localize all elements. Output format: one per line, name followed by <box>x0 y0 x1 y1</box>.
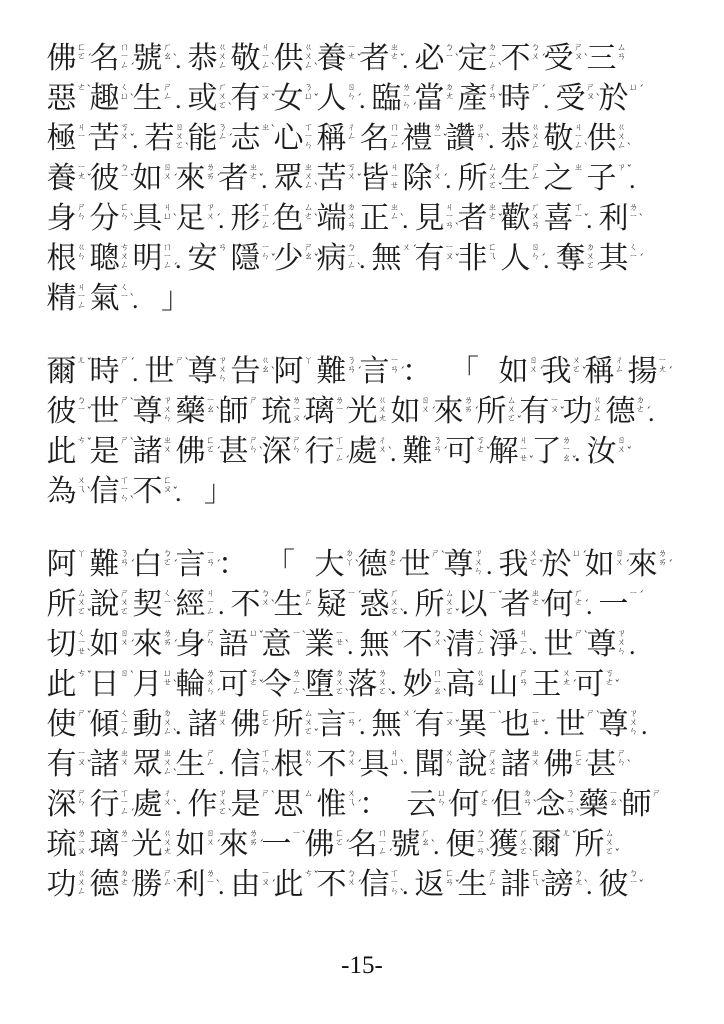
zhuyin-annotation: ㄏㄜˊ <box>574 590 583 608</box>
tone-mark: ˊ <box>130 560 136 570</box>
hanzi: 人 <box>316 80 347 117</box>
zhuyin-annotation: ㄈㄟ <box>488 244 497 262</box>
zhuyin-annotation: ㄋㄩˇ <box>304 84 313 102</box>
tone-mark: ˋ <box>431 840 437 850</box>
zhuyin-annotation: ㄉㄜˊ <box>636 397 645 415</box>
zhuyin-letter: ㄣ <box>445 759 454 768</box>
hanzi: 了 <box>531 433 562 470</box>
hanzi-with-zhuyin: 作ㄗㄨㄛˋ <box>187 786 230 826</box>
tone-mark: ˇ <box>455 720 461 730</box>
zhuyin-letter: ㄣ <box>347 93 356 102</box>
hanzi-with-zhuyin: 生ㄕㄥ <box>500 160 543 200</box>
zhuyin-letter: ㄕ <box>574 630 583 639</box>
zhuyin-annotation: ㄌㄧˋ <box>629 204 638 222</box>
hanzi: 我 <box>498 546 529 583</box>
hanzi: 臨 <box>371 80 402 117</box>
hanzi: 輪 <box>175 666 206 703</box>
zhuyin-letter: ㄨ <box>617 446 626 455</box>
zhuyin-annotation: ㄧˋ <box>488 710 497 719</box>
hanzi-with-zhuyin: 不ㄅㄨˊ <box>316 866 359 906</box>
zhuyin-letter: ㄧ <box>120 293 129 302</box>
hanzi-with-zhuyin: 受ㄕㄡˋ <box>555 80 598 120</box>
zhuyin-annotation: ㄌㄧㄣˊ <box>402 84 411 111</box>
hanzi-with-zhuyin: 端ㄉㄨㄢ <box>316 200 359 240</box>
hanzi: 妙 <box>402 666 433 703</box>
zhuyin-annotation: ㄖㄨˊ <box>529 357 538 375</box>
hanzi-with-zhuyin: 勝ㄕㄥˋ <box>132 866 175 906</box>
zhuyin-letter: ㄩ <box>304 93 313 102</box>
hanzi: 不 <box>230 586 261 623</box>
hanzi-with-zhuyin: 色ㄙㄜˋ <box>273 200 316 240</box>
hanzi: 所 <box>273 706 304 743</box>
hanzi: 眾 <box>273 160 304 197</box>
tone-mark: ˊ <box>173 560 179 570</box>
hanzi: 世 <box>400 546 431 583</box>
hanzi: 藥 <box>578 786 609 823</box>
hanzi-with-zhuyin: 不ㄅㄨˋ <box>402 626 445 666</box>
zhuyin-annotation: ㄌㄞˊ <box>249 830 258 848</box>
zhuyin-annotation: ㄙㄨㄛˇ <box>488 164 497 191</box>
zhuyin-letter: ㄘ <box>77 670 86 679</box>
tone-mark: ˋ <box>271 63 277 73</box>
zhuyin-annotation: ㄧㄤˊ <box>658 357 667 375</box>
zhuyin-letter: ㄧ <box>120 839 129 848</box>
hanzi: 有 <box>230 80 261 117</box>
tone-mark: ˊ <box>216 689 222 699</box>
zhuyin-annotation: ㄒㄧㄥˊ <box>335 437 344 464</box>
hanzi: 養 <box>316 40 347 77</box>
tone-mark: ˊ <box>596 263 602 273</box>
hanzi-with-zhuyin: 必ㄅㄧˋ <box>414 40 457 80</box>
zhuyin-letter: ㄠ <box>304 253 313 262</box>
zhuyin-annotation: ㄅㄧˋ <box>445 44 454 62</box>
zhuyin-annotation: ㄖㄨˊ <box>206 830 215 848</box>
zhuyin-annotation: ㄕㄢ <box>519 670 528 688</box>
hanzi: 見 <box>414 200 445 237</box>
hanzi: 供 <box>586 120 617 157</box>
zhuyin-annotation: ㄙㄨㄛˇ <box>605 830 614 857</box>
zhuyin-annotation: ㄙㄜˋ <box>304 204 313 222</box>
hanzi: 生 <box>500 160 531 197</box>
hanzi: 可 <box>574 666 605 703</box>
zhuyin-letter: ㄣ <box>249 446 258 455</box>
zhuyin-annotation: ㄐㄧㄥˋ <box>261 44 270 71</box>
hanzi: 為 <box>46 473 77 510</box>
zhuyin-annotation: ㄕㄥ <box>488 870 497 888</box>
hanzi-with-zhuyin: 藥ㄧㄠˋ <box>578 786 621 826</box>
hanzi: 根 <box>46 240 77 277</box>
tone-mark: ˋ <box>130 496 136 506</box>
hanzi: 必 <box>414 40 445 77</box>
zhuyin-letter: ㄛ <box>507 415 516 424</box>
hanzi: 供 <box>273 40 304 77</box>
tone-mark: ˊ <box>474 407 480 417</box>
zhuyin-annotation: ㄅㄧˇ <box>77 397 86 415</box>
hanzi: 便 <box>445 826 476 863</box>
zhuyin-letter: ㄜ <box>480 799 489 808</box>
zhuyin-letter: ㄜ <box>249 173 258 182</box>
tone-mark: ˊ <box>584 600 590 610</box>
zhuyin-letter: ㄨ <box>218 719 227 728</box>
hanzi-with-zhuyin: 爾ㄦˇ <box>46 353 89 393</box>
hanzi: 讚 <box>445 120 476 157</box>
zhuyin-letter: ㄡ <box>445 253 454 262</box>
zhuyin-annotation: ㄓㄜˇ <box>249 164 258 182</box>
zhuyin-letter: ㄥ <box>615 366 624 375</box>
hanzi-with-zhuyin: 來ㄌㄞˊ <box>433 393 476 433</box>
zhuyin-letter: ㄣ <box>629 728 638 737</box>
zhuyin-annotation: ㄌㄧㄡˊ <box>77 830 86 857</box>
hanzi: 病 <box>316 240 347 277</box>
hanzi: 聰 <box>89 240 120 277</box>
tone-mark: ˋ <box>639 214 645 224</box>
zhuyin-letter: ㄢ <box>476 848 485 857</box>
zhuyin-letter: ㄡ <box>261 93 270 102</box>
zhuyin-annotation: ㄓㄜˇ <box>488 204 497 222</box>
zhuyin-letter: ㄧ <box>292 630 301 639</box>
zhuyin-annotation: ㄗㄨㄣ <box>218 357 227 384</box>
spacer <box>389 786 406 787</box>
tone-mark: ˊ <box>87 54 93 64</box>
zhuyin-letter: ㄟ <box>531 879 540 888</box>
zhuyin-annotation: ㄏㄠˋ <box>163 44 172 62</box>
hanzi: 利 <box>175 866 206 903</box>
hanzi-with-zhuyin: 輪ㄌㄨㄣˊ <box>175 666 218 706</box>
zhuyin-annotation: ㄎㄨˇ <box>120 124 129 142</box>
zhuyin-letter: ㄛ <box>206 446 215 455</box>
tone-mark: ˋ <box>584 880 590 890</box>
zhuyin-letter: ㄥ <box>120 728 129 737</box>
tone-mark: ˇ <box>584 214 590 224</box>
zhuyin-letter: ㄢ <box>617 53 626 62</box>
zhuyin-letter: ㄕ <box>261 790 270 799</box>
hanzi: 功 <box>562 393 593 430</box>
hanzi: 所 <box>414 586 445 623</box>
zhuyin-annotation: ㄚ <box>77 550 86 559</box>
zhuyin-annotation: ㄌㄧㄠˇ <box>562 437 571 464</box>
zhuyin-letter: ㄜ <box>304 213 313 222</box>
hanzi-with-zhuyin: 深ㄕㄣ <box>261 433 304 473</box>
hanzi: 者 <box>218 160 249 197</box>
zhuyin-letter: ㄢ <box>519 679 528 688</box>
tone-mark: ˋ <box>596 711 602 721</box>
hanzi: 者 <box>359 40 390 77</box>
hanzi: 不 <box>316 746 347 783</box>
zhuyin-annotation: ㄈㄛˊ <box>335 830 344 848</box>
zhuyin-annotation: ㄦˇ <box>562 830 571 839</box>
hanzi: 色 <box>273 200 304 237</box>
zhuyin-letter: ㄥ <box>347 262 356 271</box>
hanzi-with-zhuyin: 或ㄏㄨㄛˋ <box>187 80 230 120</box>
tone-mark: ˊ <box>639 591 645 601</box>
hanzi: 璃 <box>89 826 120 863</box>
hanzi-with-zhuyin: 所ㄙㄨㄛˇ <box>46 586 89 626</box>
zhuyin-letter: ㄨ <box>261 599 270 608</box>
hanzi: 可 <box>218 666 249 703</box>
zhuyin-annotation: ㄓˋ <box>261 124 270 133</box>
zhuyin-letter: ㄢ <box>476 133 485 142</box>
tone-mark: ˇ <box>259 631 265 641</box>
hanzi-with-zhuyin: 少ㄕㄠˇ <box>273 240 316 280</box>
hanzi-with-zhuyin: 名ㄇㄧㄥˊ <box>89 40 132 80</box>
hanzi: 言 <box>359 353 390 390</box>
hanzi-with-zhuyin: 此ㄘˇ <box>46 433 89 473</box>
zhuyin-annotation: ㄌㄞˊ <box>206 164 215 182</box>
hanzi-with-zhuyin: 供ㄍㄨㄥˋ <box>586 120 629 160</box>
zhuyin-letter: ㄢ <box>445 222 454 231</box>
zhuyin-annotation: ㄏㄜˊ <box>480 790 489 808</box>
zhuyin-annotation: ㄙ <box>304 790 313 799</box>
zhuyin-letter: ㄕ <box>175 357 184 366</box>
hanzi-with-zhuyin: 佛ㄈㄛˊ <box>230 706 273 746</box>
tone-mark: ˊ <box>357 760 363 770</box>
tone-mark: ˋ <box>259 447 265 457</box>
hanzi: 言 <box>316 706 347 743</box>
text-line: 為ㄨㄟˋ信ㄒㄧㄣˋ不ㄈㄡˇ.」 <box>46 473 694 513</box>
zhuyin-annotation: ㄇㄧㄥˊ <box>120 44 129 71</box>
hanzi-with-zhuyin: 彼ㄅㄧˇ <box>598 866 641 906</box>
zhuyin-letter: ㄚ <box>77 550 86 559</box>
hanzi-with-zhuyin: 白ㄅㄛˊ <box>132 546 175 586</box>
hanzi-with-zhuyin: 受ㄕㄡˋ <box>543 40 586 80</box>
hanzi-with-zhuyin: 返ㄈㄢˇ <box>414 866 457 906</box>
hanzi-with-zhuyin: 便ㄅㄧㄢˋ <box>445 826 488 866</box>
zhuyin-annotation: ㄑㄧㄥ <box>476 630 485 657</box>
tone-mark: ˇ <box>357 174 363 184</box>
hanzi: 無 <box>371 706 402 743</box>
hanzi: 光 <box>347 393 378 430</box>
zhuyin-annotation: ㄘˇ <box>304 870 313 879</box>
zhuyin-annotation: ㄖㄨˊ <box>615 550 624 568</box>
zhuyin-annotation: ㄖㄨˊ <box>163 164 172 182</box>
zhuyin-annotation: ㄉㄧㄥˋ <box>488 44 497 71</box>
zhuyin-annotation: ㄓㄨ <box>218 710 227 728</box>
hanzi: 產 <box>457 80 488 117</box>
zhuyin-annotation: ㄍㄣ <box>304 750 313 768</box>
zhuyin-annotation: ㄅㄨˋ <box>433 630 442 648</box>
hanzi: 或 <box>187 80 218 117</box>
hanzi-with-zhuyin: 當ㄉㄤ <box>414 80 457 120</box>
hanzi: 利 <box>598 200 629 237</box>
tone-mark: ˋ <box>216 880 222 890</box>
hanzi: 受 <box>543 40 574 77</box>
hanzi-with-zhuyin: 女ㄋㄩˇ <box>273 80 316 120</box>
zhuyin-letter: ㄣ <box>261 253 270 262</box>
zhuyin-letter: ㄥ <box>519 648 528 657</box>
hanzi-with-zhuyin: 淨ㄐㄧㄥˋ <box>488 626 531 666</box>
zhuyin-annotation: ㄈㄛˊ <box>206 437 215 455</box>
hanzi-with-zhuyin: 所ㄙㄨㄛˇ <box>476 393 519 433</box>
punctuation: . <box>641 706 653 746</box>
hanzi-with-zhuyin: 者ㄓㄜˇ <box>359 40 402 80</box>
zhuyin-letter: ㄥ <box>292 688 301 697</box>
hanzi-with-zhuyin: 光ㄍㄨㄤ <box>347 393 390 433</box>
hanzi: 來 <box>218 826 249 863</box>
tone-mark: ˋ <box>486 849 492 859</box>
hanzi-with-zhuyin: 以ㄧˇ <box>457 586 500 626</box>
zhuyin-letter: ㄨ <box>163 799 172 808</box>
hanzi-with-zhuyin: 甚ㄕㄣˋ <box>218 433 261 473</box>
hanzi: 信 <box>359 866 390 903</box>
tone-mark: ˋ <box>130 94 136 104</box>
zhuyin-annotation: ㄌㄨㄛˋ <box>378 670 387 697</box>
zhuyin-letter: ㄠ <box>562 455 571 464</box>
hanzi: 時 <box>500 80 531 117</box>
hanzi: 以 <box>457 586 488 623</box>
hanzi: 生 <box>175 746 206 783</box>
zhuyin-annotation: ㄓㄜˇ <box>531 590 540 608</box>
hanzi-with-zhuyin: 歡ㄏㄨㄢ <box>500 200 543 240</box>
tone-mark: ˇ <box>529 456 535 466</box>
tone-mark: ˊ <box>130 63 136 73</box>
zhuyin-annotation: ㄐㄧㄥˋ <box>519 630 528 657</box>
zhuyin-letter: ㄧ <box>629 253 638 262</box>
hanzi-with-zhuyin: 功ㄍㄨㄥ <box>46 866 89 906</box>
hanzi: 當 <box>414 80 445 117</box>
zhuyin-annotation: ㄖㄣˊ <box>347 84 356 102</box>
hanzi-with-zhuyin: 也ㄧㄝˇ <box>500 706 543 746</box>
hanzi-with-zhuyin: 來ㄌㄞˊ <box>218 826 261 866</box>
hanzi-with-zhuyin: 佛ㄈㄛˊ <box>543 746 586 786</box>
zhuyin-annotation: ㄌㄨㄣˊ <box>206 670 215 697</box>
zhuyin-annotation: ㄅㄨˊ <box>347 870 356 888</box>
tone-mark: ˋ <box>357 263 363 273</box>
tone-mark: ˊ <box>345 407 351 417</box>
tone-mark: ˋ <box>619 800 625 810</box>
punctuation: . <box>574 433 586 473</box>
tone-mark: ˋ <box>576 809 582 819</box>
zhuyin-annotation: ㄖㄣˊ <box>531 244 540 262</box>
punctuation: . <box>359 240 371 280</box>
hanzi: 山 <box>488 666 519 703</box>
zhuyin-annotation: ㄍㄨㄥˋ <box>304 44 313 71</box>
tone-mark: ˋ <box>455 223 461 233</box>
zhuyin-annotation: ㄍㄨㄥ <box>77 870 86 897</box>
zhuyin-letter: ㄣ <box>617 759 626 768</box>
hanzi: 是 <box>230 786 261 823</box>
hanzi-with-zhuyin: 了ㄌㄧㄠˇ <box>531 433 574 473</box>
hanzi: 說 <box>457 746 488 783</box>
zhuyin-letter: ㄛ <box>586 262 595 271</box>
tone-mark: ˊ <box>345 840 351 850</box>
tone-mark: ˊ <box>357 880 363 890</box>
hanzi: 眾 <box>132 746 163 783</box>
hanzi: 其 <box>598 240 629 277</box>
hanzi: 所 <box>457 160 488 197</box>
hanzi: 爾 <box>531 826 562 863</box>
hanzi-with-zhuyin: 根ㄍㄣ <box>273 746 316 786</box>
zhuyin-annotation: ㄩㄝˋ <box>163 670 172 688</box>
hanzi: 說 <box>89 586 120 623</box>
tone-mark: ˋ <box>400 609 406 619</box>
hanzi-with-zhuyin: 語ㄩˇ <box>218 626 261 666</box>
hanzi: 勝 <box>132 866 163 903</box>
zhuyin-annotation: ㄓ <box>574 164 583 173</box>
hanzi-with-zhuyin: 業ㄧㄝˋ <box>304 626 347 666</box>
zhuyin-annotation: ㄩㄣˊ <box>437 790 446 808</box>
hanzi-with-zhuyin: 甚ㄕㄣˋ <box>586 746 629 786</box>
tone-mark: ˇ <box>87 407 93 417</box>
zhuyin-letter: ㄦ <box>77 357 86 366</box>
hanzi-with-zhuyin: 所ㄙㄨㄛˇ <box>273 706 316 746</box>
hanzi-with-zhuyin: 彼ㄅㄧˇ <box>89 160 132 200</box>
zhuyin-annotation: ㄙㄨㄛˇ <box>304 710 313 737</box>
tone-mark: ˋ <box>400 214 406 224</box>
tone-mark: ˇ <box>130 174 136 184</box>
tone-mark: ˋ <box>400 889 406 899</box>
hanzi-with-zhuyin: 苦ㄎㄨˇ <box>89 120 132 160</box>
zhuyin-letter: ㄣ <box>617 648 626 657</box>
hanzi: 佛 <box>46 40 77 77</box>
zhuyin-letter: ㄧ <box>77 406 86 415</box>
zhuyin-annotation: ㄅㄨˋ <box>261 590 270 608</box>
hanzi: 來 <box>627 546 658 583</box>
zhuyin-annotation: ㄅㄧˇ <box>629 870 638 888</box>
zhuyin-letter: ㄜ <box>605 679 614 688</box>
hanzi: 德 <box>357 546 388 583</box>
zhuyin-letter: ㄤ <box>347 53 356 62</box>
zhuyin-letter: ㄕ <box>120 397 129 406</box>
tone-mark: ˋ <box>130 398 136 408</box>
zhuyin-letter: ㄢ <box>445 879 454 888</box>
hanzi: 號 <box>132 40 163 77</box>
hanzi: 甚 <box>586 746 617 783</box>
hanzi: 處 <box>347 433 378 470</box>
hanzi: 行 <box>304 433 335 470</box>
zhuyin-annotation: ㄩˊ <box>629 84 638 93</box>
zhuyin-letter: ㄜ <box>77 84 86 93</box>
zhuyin-letter: ㄢ <box>566 808 575 817</box>
zhuyin-letter: ㄥ <box>304 599 313 608</box>
zhuyin-annotation: ㄕˇ <box>77 710 86 719</box>
zhuyin-annotation: ㄑㄧˋ <box>120 284 129 302</box>
tone-mark: ˋ <box>627 143 633 153</box>
hanzi: 所 <box>574 826 605 863</box>
hanzi: 有 <box>46 746 77 783</box>
tone-mark: ˊ <box>582 551 588 561</box>
hanzi-with-zhuyin: 來ㄌㄞˊ <box>175 160 218 200</box>
zhuyin-annotation: ㄜˋ <box>77 84 86 93</box>
tone-mark: ˇ <box>455 254 461 264</box>
hanzi-with-zhuyin: 師ㄕ <box>218 393 261 433</box>
zhuyin-letter: ㄟ <box>488 253 497 262</box>
hanzi: 德 <box>89 866 120 903</box>
tone-mark: ˋ <box>314 63 320 73</box>
hanzi: 喜 <box>543 200 574 237</box>
zhuyin-annotation: ㄉㄨㄛˋ <box>335 670 344 697</box>
tone-mark: ˋ <box>87 487 93 497</box>
punctuation: ： <box>402 353 432 390</box>
hanzi: 此 <box>273 866 304 903</box>
tone-mark: ˋ <box>271 769 277 779</box>
zhuyin-letter: ㄥ <box>574 142 583 151</box>
zhuyin-annotation: ㄕ <box>249 397 258 406</box>
spacer <box>481 353 498 354</box>
hanzi-with-zhuyin: 具ㄐㄩˋ <box>359 746 402 786</box>
tone-mark: ˊ <box>357 367 363 377</box>
hanzi-with-zhuyin: 光ㄍㄨㄤ <box>132 826 175 866</box>
hanzi: 養 <box>46 160 77 197</box>
zhuyin-letter: ㄡ <box>292 415 301 424</box>
tone-mark: ˋ <box>185 143 191 153</box>
punctuation: 「 <box>449 353 481 390</box>
hanzi-with-zhuyin: 若ㄖㄨㄛˋ <box>144 120 187 160</box>
hanzi-with-zhuyin: 經ㄐㄧㄥ <box>175 586 218 626</box>
hanzi-with-zhuyin: 清ㄑㄧㄥ <box>445 626 488 666</box>
tone-mark: ˋ <box>173 880 179 890</box>
zhuyin-letter: ㄧ <box>163 599 172 608</box>
hanzi-with-zhuyin: 為ㄨㄟˋ <box>46 473 89 513</box>
